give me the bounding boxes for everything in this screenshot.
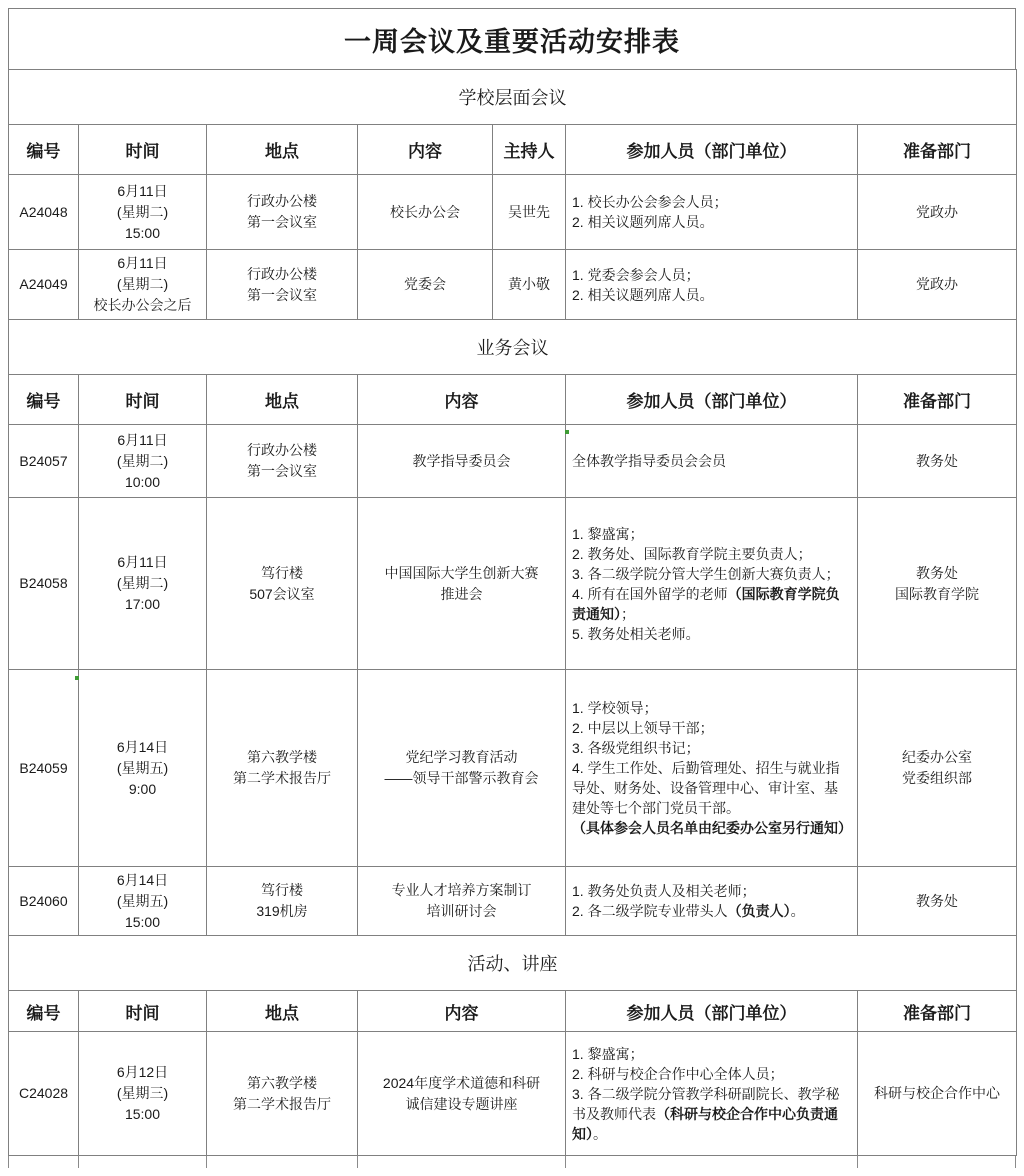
cell-place: 行政办公楼 第一会议室 [207, 250, 358, 320]
header-row: 编号 时间 地点 内容 主持人 参加人员（部门单位） 准备部门 [9, 125, 1017, 175]
table-row: B24058 6月11日 (星期二) 17:00 笃行楼 507会议室 中国国际… [9, 498, 1017, 670]
section-school-level-meetings: 学校层面会议 编号 时间 地点 内容 主持人 参加人员（部门单位） 准备部门 A… [8, 69, 1017, 320]
column-header-place: 地点 [207, 375, 358, 425]
column-line-stub [8, 1156, 9, 1168]
cell-prepare: 科研与校企合作中心 [858, 1032, 1017, 1156]
text-segment: 2. 各二级学院专业带头人 [572, 903, 728, 919]
cell-place: 笃行楼 507会议室 [207, 498, 358, 670]
column-line-stub [78, 1156, 79, 1168]
text-segment: 。 [593, 1126, 607, 1142]
text-segment: 1. 校长办公会参会人员； [572, 194, 728, 210]
cell-time: 6月11日 (星期二) 校长办公会之后 [79, 250, 207, 320]
text-segment: 2. 教务处、国际教育学院主要负责人； [572, 546, 812, 562]
cell-id: B24058 [9, 498, 79, 670]
section-title: 活动、讲座 [9, 936, 1017, 991]
cell-time: 6月12日 (星期三) 15:00 [79, 1032, 207, 1156]
header-row: 编号 时间 地点 内容 参加人员（部门单位） 准备部门 [9, 375, 1017, 425]
column-header-time: 时间 [79, 375, 207, 425]
column-header-prepare: 准备部门 [858, 991, 1017, 1032]
table-row: B24059 6月14日 (星期五) 9:00 第六教学楼 第二学术报告厅 党纪… [9, 670, 1017, 867]
table-row: A24048 6月11日 (星期二) 15:00 行政办公楼 第一会议室 校长办… [9, 175, 1017, 250]
bold-text-segment: （具体参会人员名单由纪委办公室另行通知） [572, 820, 852, 836]
cell-host: 吴世先 [493, 175, 566, 250]
cell-id: A24048 [9, 175, 79, 250]
text-segment: 全体教学指导委员会会员 [572, 453, 726, 469]
text-segment: 1. 学校领导； [572, 700, 658, 716]
text-segment: 。 [791, 903, 805, 919]
cell-time: 6月14日 (星期五) 15:00 [79, 867, 207, 936]
cell-id: B24059 [9, 670, 79, 867]
column-header-content: 内容 [358, 991, 566, 1032]
section-band: 活动、讲座 [9, 936, 1017, 991]
text-segment: 2. 科研与校企合作中心全体人员； [572, 1066, 784, 1082]
cell-participants: 1. 黎盛寓； 2. 教务处、国际教育学院主要负责人； 3. 各二级学院分管大学… [566, 498, 858, 670]
column-header-place: 地点 [207, 125, 358, 175]
column-header-participants: 参加人员（部门单位） [566, 125, 858, 175]
cell-prepare: 党政办 [858, 175, 1017, 250]
column-header-content: 内容 [358, 125, 493, 175]
cell-participants: 1. 党委会参会人员； 2. 相关议题列席人员。 [566, 250, 858, 320]
text-segment: 3. 各二级学院分管大学生创新大赛负责人； [572, 566, 840, 582]
cell-id: A24049 [9, 250, 79, 320]
text-segment: 2. 相关议题列席人员。 [572, 214, 714, 230]
participant-item: 3. 各二级学院分管大学生创新大赛负责人； [572, 564, 851, 584]
cell-participants: 1. 学校领导； 2. 中层以上领导干部； 3. 各级党组织书记； 4. 学生工… [566, 670, 858, 867]
cell-place: 笃行楼 319机房 [207, 867, 358, 936]
participant-item: 2. 各二级学院专业带头人（负责人）。 [572, 901, 851, 921]
cell-participants: 1. 黎盛寓； 2. 科研与校企合作中心全体人员； 3. 各二级学院分管教学科研… [566, 1032, 858, 1156]
participant-item: 3. 各二级学院分管教学科研副院长、教学秘书及教师代表（科研与校企合作中心负责通… [572, 1084, 851, 1144]
participant-item: 1. 黎盛寓； [572, 1044, 851, 1064]
cell-prepare: 教务处 [858, 867, 1017, 936]
cell-place: 行政办公楼 第一会议室 [207, 425, 358, 498]
cell-note-marker-green [75, 676, 79, 680]
participant-item: 1. 学校领导； [572, 698, 851, 718]
text-segment: 3. 各级党组织书记； [572, 740, 700, 756]
schedule-sheet: 一周会议及重要活动安排表 学校层面会议 编号 时间 地点 内容 主持人 参加人员… [8, 8, 1016, 1168]
cell-participants: 1. 教务处负责人及相关老师； 2. 各二级学院专业带头人（负责人）。 [566, 867, 858, 936]
section-title: 学校层面会议 [9, 70, 1017, 125]
column-header-id: 编号 [9, 375, 79, 425]
cell-time: 6月11日 (星期二) 17:00 [79, 498, 207, 670]
participant-item: 2. 科研与校企合作中心全体人员； [572, 1064, 851, 1084]
table-row: B24057 6月11日 (星期二) 10:00 行政办公楼 第一会议室 教学指… [9, 425, 1017, 498]
participant-item: 4. 学生工作处、后勤管理处、招生与就业指导处、财务处、设备管理中心、审计室、基… [572, 758, 851, 818]
column-header-participants: 参加人员（部门单位） [566, 991, 858, 1032]
column-header-prepare: 准备部门 [858, 125, 1017, 175]
table-row: C24028 6月12日 (星期三) 15:00 第六教学楼 第二学术报告厅 2… [9, 1032, 1017, 1156]
cell-prepare: 教务处 [858, 425, 1017, 498]
column-line-stub [1015, 1156, 1016, 1168]
cell-time: 6月14日 (星期五) 9:00 [79, 670, 207, 867]
column-header-content: 内容 [358, 375, 566, 425]
column-line-stub [565, 1156, 566, 1168]
cutoff-row-column-stubs [8, 1156, 1016, 1168]
text-segment: 1. 教务处负责人及相关老师； [572, 883, 756, 899]
participant-item: 1. 党委会参会人员； [572, 265, 851, 285]
participant-item: 2. 中层以上领导干部； [572, 718, 851, 738]
column-line-stub [857, 1156, 858, 1168]
cell-prepare: 纪委办公室 党委组织部 [858, 670, 1017, 867]
table-row: A24049 6月11日 (星期二) 校长办公会之后 行政办公楼 第一会议室 党… [9, 250, 1017, 320]
text-segment: 5. 教务处相关老师。 [572, 626, 700, 642]
text-segment: 1. 党委会参会人员； [572, 267, 700, 283]
participant-item: 1. 黎盛寓； [572, 524, 851, 544]
column-header-place: 地点 [207, 991, 358, 1032]
participant-item: 3. 各级党组织书记； [572, 738, 851, 758]
column-header-time: 时间 [79, 125, 207, 175]
section-business-meetings: 业务会议 编号 时间 地点 内容 参加人员（部门单位） 准备部门 B24057 … [8, 319, 1017, 936]
bold-text-segment: （负责人） [728, 903, 791, 919]
cell-content: 校长办公会 [358, 175, 493, 250]
section-band: 学校层面会议 [9, 70, 1017, 125]
cell-prepare: 党政办 [858, 250, 1017, 320]
text-segment: 2. 中层以上领导干部； [572, 720, 714, 736]
cell-prepare: 教务处 国际教育学院 [858, 498, 1017, 670]
page-title: 一周会议及重要活动安排表 [8, 8, 1016, 70]
participant-item: 5. 教务处相关老师。 [572, 624, 851, 644]
cell-content: 教学指导委员会 [358, 425, 566, 498]
participant-item: 全体教学指导委员会会员 [572, 451, 851, 471]
cell-participants: 全体教学指导委员会会员 [566, 425, 858, 498]
text-segment: 4. 所有在国外留学的老师 [572, 586, 728, 602]
column-header-id: 编号 [9, 991, 79, 1032]
cell-host: 黄小敬 [493, 250, 566, 320]
table-row: B24060 6月14日 (星期五) 15:00 笃行楼 319机房 专业人才培… [9, 867, 1017, 936]
cell-place: 第六教学楼 第二学术报告厅 [207, 1032, 358, 1156]
column-header-prepare: 准备部门 [858, 375, 1017, 425]
text-segment: 1. 黎盛寓； [572, 1046, 644, 1062]
participant-item: 2. 教务处、国际教育学院主要负责人； [572, 544, 851, 564]
text-segment: ； [621, 606, 635, 622]
participant-item: （具体参会人员名单由纪委办公室另行通知） [572, 818, 851, 838]
section-band: 业务会议 [9, 320, 1017, 375]
column-line-stub [206, 1156, 207, 1168]
column-line-stub [357, 1156, 358, 1168]
column-header-participants: 参加人员（部门单位） [566, 375, 858, 425]
cell-place: 行政办公楼 第一会议室 [207, 175, 358, 250]
column-header-time: 时间 [79, 991, 207, 1032]
participant-item: 1. 教务处负责人及相关老师； [572, 881, 851, 901]
section-title: 业务会议 [9, 320, 1017, 375]
text-segment: 2. 相关议题列席人员。 [572, 287, 714, 303]
cell-content: 2024年度学术道德和科研 诚信建设专题讲座 [358, 1032, 566, 1156]
column-header-id: 编号 [9, 125, 79, 175]
cell-id: B24057 [9, 425, 79, 498]
text-segment: 1. 黎盛寓； [572, 526, 644, 542]
header-row: 编号 时间 地点 内容 参加人员（部门单位） 准备部门 [9, 991, 1017, 1032]
participant-item: 2. 相关议题列席人员。 [572, 212, 851, 232]
cell-content: 专业人才培养方案制订 培训研讨会 [358, 867, 566, 936]
cell-time: 6月11日 (星期二) 15:00 [79, 175, 207, 250]
cell-content: 党委会 [358, 250, 493, 320]
column-header-host: 主持人 [493, 125, 566, 175]
section-activities-lectures: 活动、讲座 编号 时间 地点 内容 参加人员（部门单位） 准备部门 C24028… [8, 935, 1017, 1156]
cell-content: 党纪学习教育活动 ——领导干部警示教育会 [358, 670, 566, 867]
participant-item: 2. 相关议题列席人员。 [572, 285, 851, 305]
cell-id: B24060 [9, 867, 79, 936]
cell-id: C24028 [9, 1032, 79, 1156]
cell-time: 6月11日 (星期二) 10:00 [79, 425, 207, 498]
cell-content: 中国国际大学生创新大赛 推进会 [358, 498, 566, 670]
participant-item: 4. 所有在国外留学的老师（国际教育学院负责通知）； [572, 584, 851, 624]
cell-note-marker-green [565, 430, 569, 434]
participant-item: 1. 校长办公会参会人员； [572, 192, 851, 212]
cell-participants: 1. 校长办公会参会人员； 2. 相关议题列席人员。 [566, 175, 858, 250]
cell-place: 第六教学楼 第二学术报告厅 [207, 670, 358, 867]
text-segment: 4. 学生工作处、后勤管理处、招生与就业指导处、财务处、设备管理中心、审计室、基… [572, 760, 840, 816]
